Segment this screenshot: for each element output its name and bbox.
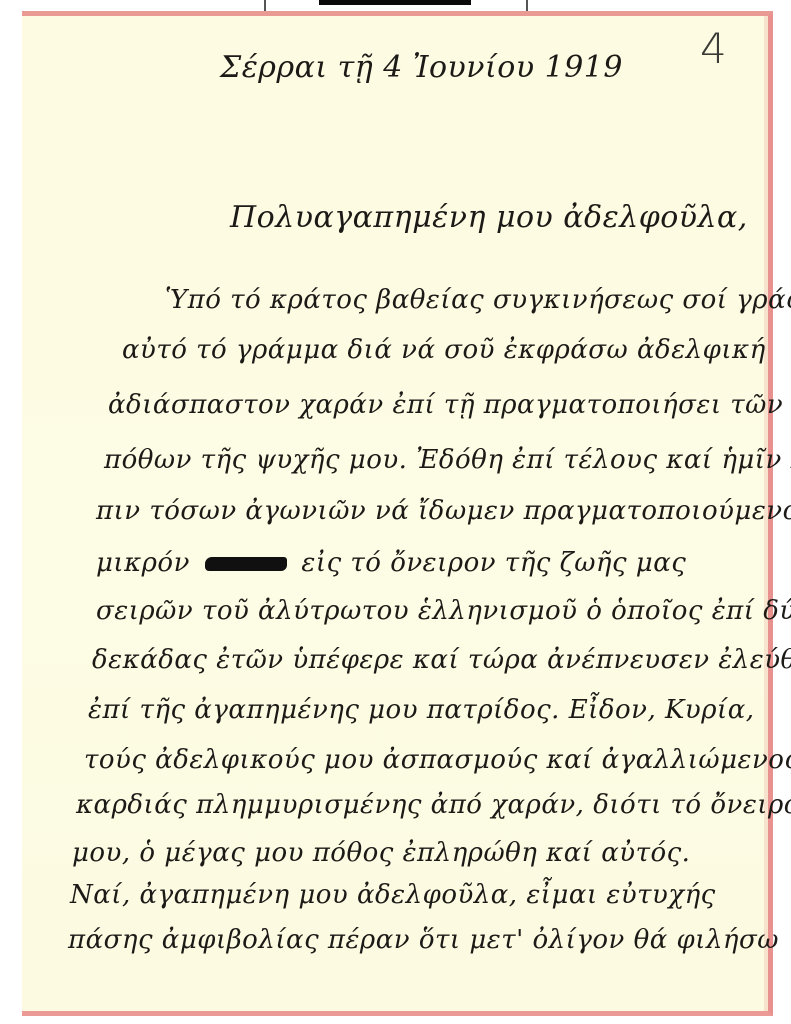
body-line-7: σειρῶν τοῦ ἀλύτρωτου ἑλληνισμοῦ ὁ ὁποῖος… [96,596,791,626]
salutation: Πολυαγαπημένη μου ἀδελφοῦλα, [230,200,748,235]
body-line-4: πόθων τῆς ψυχῆς μου. Ἐδόθη ἐπί τέλους κα… [104,445,791,475]
page-number: 4 [700,24,727,73]
body-line-6-text: εἰς τό ὄνειρον τῆς ζωῆς μας [301,548,686,578]
body-line-3: ἀδιάσπαστον χαράν ἐπί τῇ πραγματοποιήσει… [108,390,783,420]
body-line-9: ἐπί τῆς ἀγαπημένης μου πατρίδος. Εἶδον, … [88,695,755,725]
body-line-10: τούς ἀδελφικούς μου ἀσπασμούς καί ἀγαλλι… [84,745,791,775]
body-line-12: μου, ὁ μέγας μου πόθος ἐπληρώθη καί αὐτό… [72,838,690,868]
body-line-2: αὐτό τό γράμμα διά νά σοῦ ἐκφράσω ἀδελφι… [122,335,766,365]
body-line-6: μικρόν εἰς τό ὄνειρον τῆς ζωῆς μας [96,548,686,578]
body-line-11: καρδιάς πλημμυρισμένης ἀπό χαράν, διότι … [76,790,791,820]
scale-bar-black [319,0,471,8]
body-line-6-prefix: μικρόν [96,548,190,578]
ink-redaction [205,557,287,571]
body-line-8: δεκάδας ἐτῶν ὑπέφερε καί τώρα ἀνέπνευσεν… [92,645,791,675]
body-line-5: πιν τόσων ἀγωνιῶν νά ἴδωμεν πραγματοποιο… [96,496,791,526]
body-line-14: πάσης ἀμφιβολίας πέραν ὅτι μετ' ὀλίγον θ… [68,925,779,955]
date-line: Σέρραι τῇ 4 Ἰουνίου 1919 [220,50,623,85]
body-line-1: Ὑπό τό κράτος βαθείας συγκινήσεως σοί γρ… [165,285,791,315]
body-line-13: Ναί, ἀγαπημένη μου ἀδελφοῦλα, εἶμαι εὐτυ… [70,880,716,910]
